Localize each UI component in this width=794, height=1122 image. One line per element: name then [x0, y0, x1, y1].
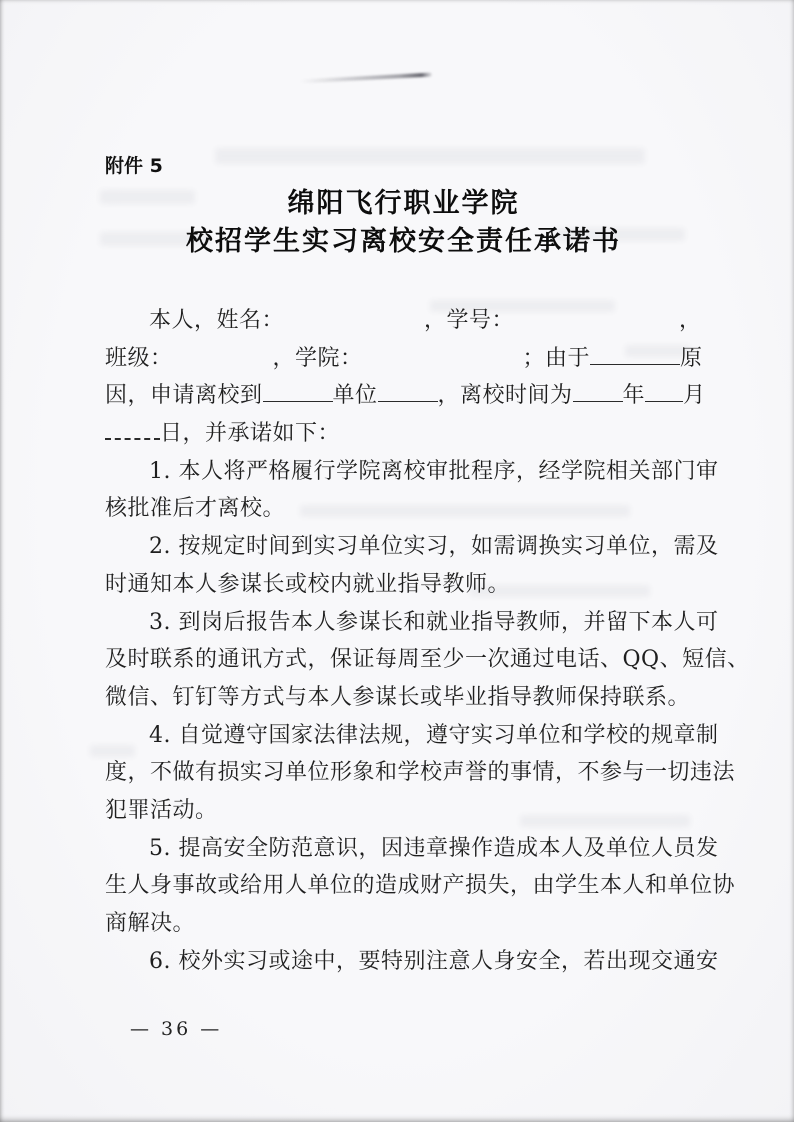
body-line: 5. 提高安全防范意识，因违章操作造成本人及单位人员发 — [105, 830, 702, 868]
student-id-blank — [514, 305, 679, 327]
body-line: 时通知本人参谋长或校内就业指导教师。 — [105, 566, 702, 604]
intro-text: ；由于 — [523, 346, 591, 371]
intro-text: 单位 — [333, 383, 378, 408]
intro-text: 原 — [680, 346, 703, 371]
intro-line-2: 班级：，学院：；由于原 — [105, 340, 702, 378]
intro-text: 月 — [683, 383, 706, 408]
unit-detail-blank — [378, 379, 438, 402]
body-line: 微信、钉钉等方式与本人参谋长或毕业指导教师保持联系。 — [105, 679, 702, 717]
intro-text: 因，申请离校到 — [105, 383, 263, 408]
document-content: 附件 5 绵阳飞行职业学院 校招学生实习离校安全责任承诺书 本人，姓名：，学号：… — [105, 155, 702, 980]
day-blank — [105, 416, 160, 440]
attachment-label: 附件 5 — [105, 155, 702, 177]
unit-blank — [263, 379, 333, 402]
intro-text: ，学院： — [273, 346, 363, 371]
body-line: 及时联系的通讯方式，保证每周至少一次通过电话、QQ、短信、 — [105, 641, 702, 679]
intro-paragraph: 本人，姓名：，学号：， 班级：，学院：；由于原 因，申请离校到单位，离校时间为年… — [105, 302, 702, 453]
body-line: 6. 校外实习或途中，要特别注意人身安全，若出现交通安 — [105, 943, 702, 981]
intro-text: ，学号： — [424, 308, 514, 333]
document-title: 绵阳飞行职业学院 校招学生实习离校安全责任承诺书 — [105, 185, 702, 261]
scanned-document-page: 附件 5 绵阳飞行职业学院 校招学生实习离校安全责任承诺书 本人，姓名：，学号：… — [0, 0, 794, 1122]
intro-line-1: 本人，姓名：，学号：， — [105, 302, 702, 340]
body-line: 1. 本人将严格履行学院离校审批程序，经学院相关部门审 — [105, 453, 702, 491]
body-line: 度，不做有损实习单位形象和学校声誉的事情，不参与一切违法 — [105, 754, 702, 792]
body-line: 犯罪活动。 — [105, 792, 702, 830]
title-line-2: 校招学生实习离校安全责任承诺书 — [105, 223, 702, 261]
page-number: — 36 — — [130, 1018, 222, 1040]
intro-text: 本人，姓名： — [149, 308, 284, 333]
body-line: 商解决。 — [105, 905, 702, 943]
intro-line-3: 因，申请离校到单位，离校时间为年月 — [105, 377, 702, 415]
intro-text: ， — [679, 308, 702, 333]
intro-text: ，离校时间为 — [438, 383, 573, 408]
commitment-items: 1. 本人将严格履行学院离校审批程序，经学院相关部门审核批准后才离校。2. 按规… — [105, 453, 702, 981]
college-blank — [363, 343, 523, 365]
body-line: 生人身事故或给用人单位的造成财产损失，由学生本人和单位协 — [105, 867, 702, 905]
scan-smudge-artifact — [300, 73, 432, 84]
intro-text: 班级： — [105, 346, 173, 371]
intro-line-4: 日，并承诺如下： — [105, 415, 702, 453]
month-blank — [645, 379, 683, 402]
intro-text: 日，并承诺如下： — [160, 421, 340, 446]
body-line: 3. 到岗后报告本人参谋长和就业指导教师，并留下本人可 — [105, 604, 702, 642]
year-blank — [573, 379, 623, 402]
class-blank — [173, 343, 273, 365]
intro-text: 年 — [623, 383, 646, 408]
reason-blank — [590, 342, 680, 365]
title-line-1: 绵阳飞行职业学院 — [105, 185, 702, 223]
name-blank — [284, 305, 424, 327]
body-line: 2. 按规定时间到实习单位实习，如需调换实习单位，需及 — [105, 528, 702, 566]
body-line: 4. 自觉遵守国家法律法规，遵守实习单位和学校的规章制 — [105, 717, 702, 755]
body-line: 核批准后才离校。 — [105, 490, 702, 528]
